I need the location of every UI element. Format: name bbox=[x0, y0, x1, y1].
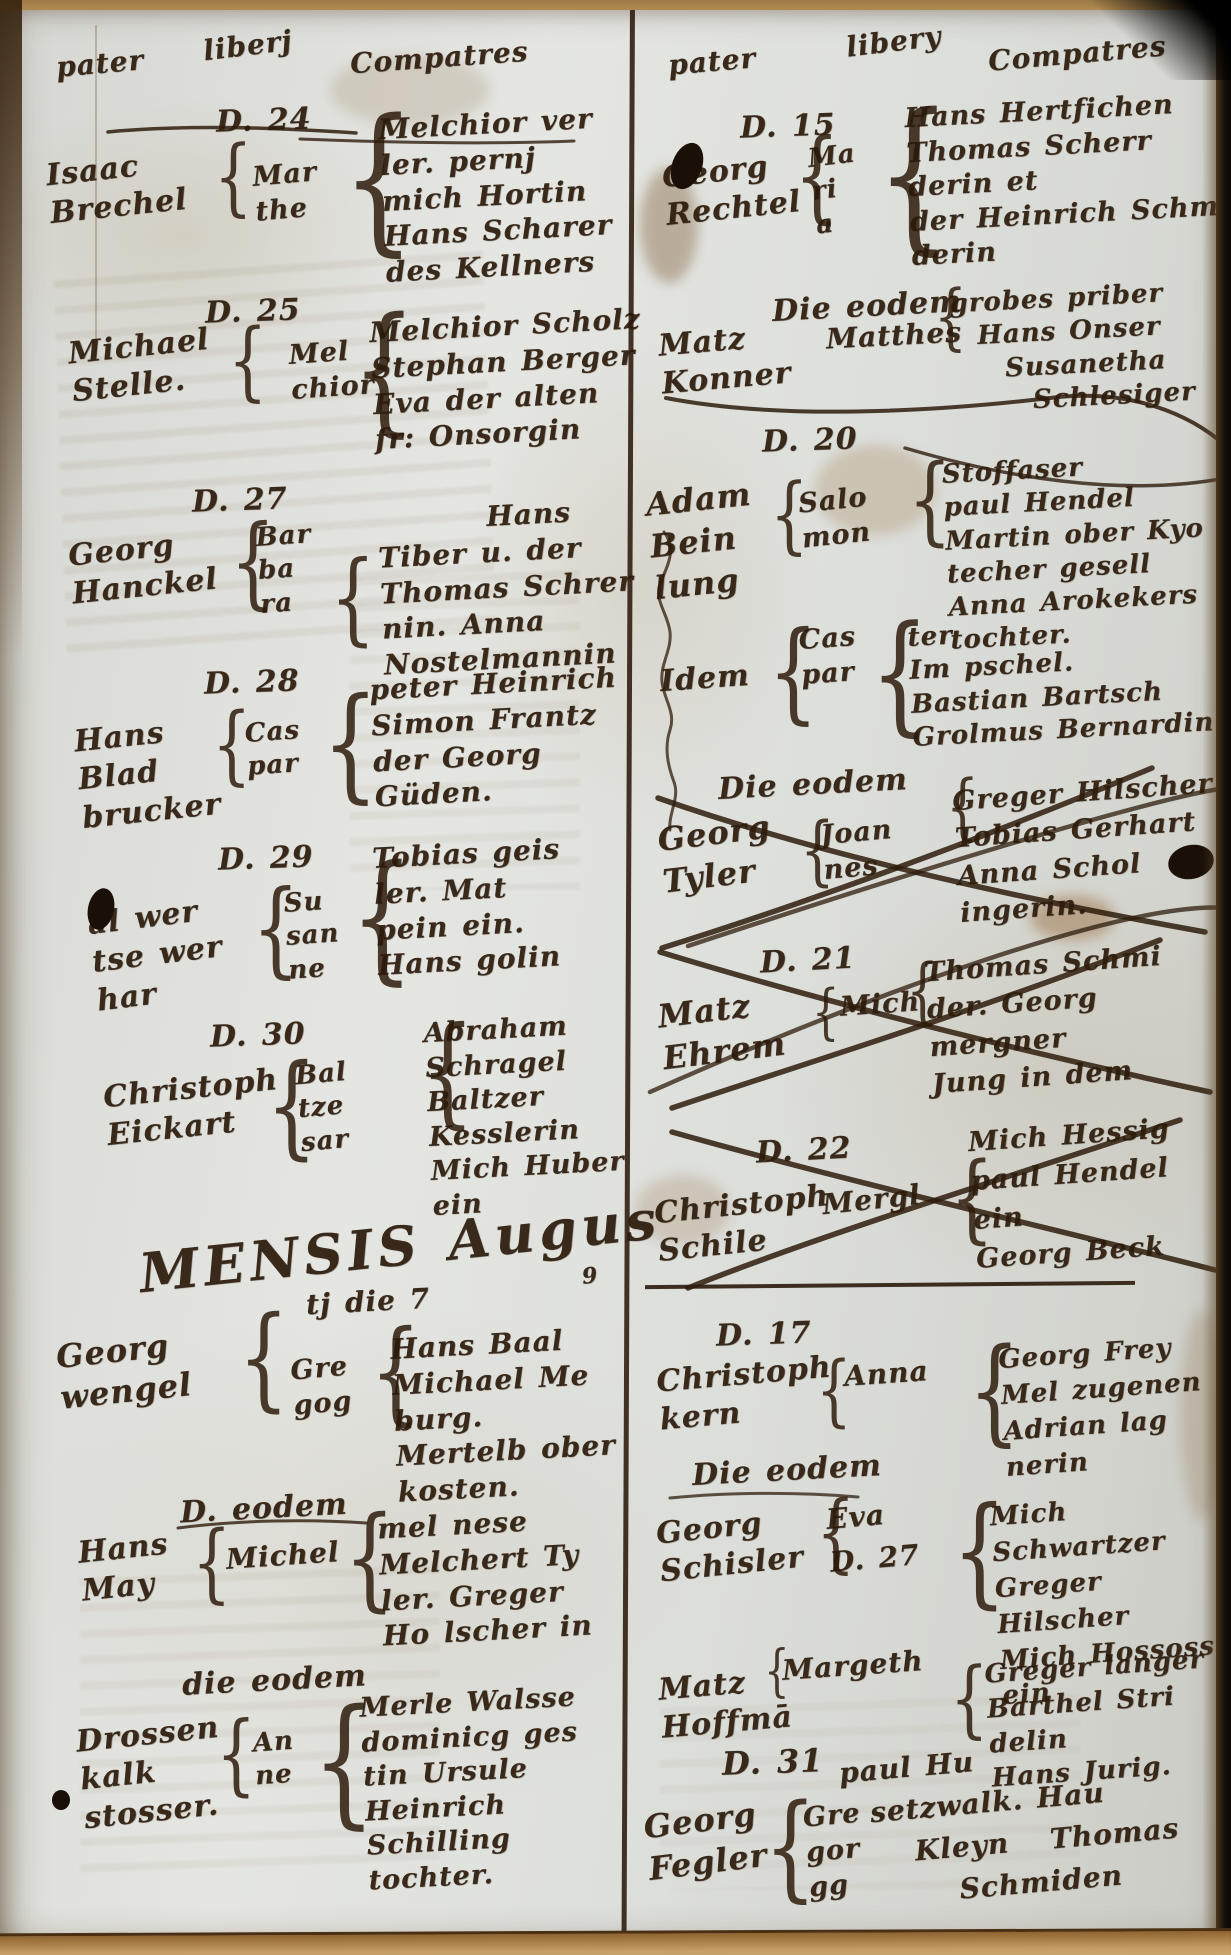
entry-date: D. 20 bbox=[761, 420, 858, 462]
entry-father: Georg wengel bbox=[54, 1323, 194, 1418]
brace: { bbox=[228, 318, 267, 404]
month-heading-mark: 9 bbox=[581, 1261, 600, 1291]
ink-blot bbox=[52, 1790, 70, 1810]
entry-father: Isaac Brechel bbox=[44, 143, 189, 234]
entry-child: Bar ba ra bbox=[255, 518, 317, 621]
entry-godparents: peter Heinrich Simon Frantz der Georg Gü… bbox=[368, 660, 623, 816]
brace: { bbox=[214, 134, 252, 218]
entry-godparents: grobes priber Hans Onser Susanetha Schle… bbox=[949, 276, 1197, 422]
entry-father: Matz Ehrem bbox=[655, 981, 788, 1080]
binding-edge-left bbox=[0, 0, 22, 660]
entry-child: Cas par bbox=[244, 714, 304, 784]
entry-father: Georg Hanckel bbox=[66, 523, 219, 615]
entry-date: D. 17 bbox=[715, 1314, 812, 1356]
entry-godparents: Hans Baal Michael Me burg. Mertelb ober … bbox=[389, 1320, 618, 1510]
entry-child: Salo mon bbox=[797, 481, 873, 557]
brace: { bbox=[216, 1710, 256, 1798]
entry-godparents: ter Im pschel. Bastian Bartsch Grolmus B… bbox=[907, 606, 1215, 755]
entry-godparents: Hans Hertfichen Thomas Scherr derin et d… bbox=[904, 86, 1222, 275]
entry-godparents: Tobias geis ler. Mat pein ein. Hans goli… bbox=[371, 831, 566, 984]
entry-father: Drossen kalk stosser. bbox=[74, 1709, 229, 1839]
entry-date: D. 31 bbox=[721, 1740, 824, 1784]
brace: { bbox=[238, 1302, 289, 1414]
entry-father: Christoph kern bbox=[655, 1349, 836, 1441]
entry-godparents: mel nese Melchert Ty ler. Greger Ho lsch… bbox=[376, 1501, 593, 1655]
entry-godparents: paul Hu setzwalk. Hau Kleyn Thomas Schmi… bbox=[837, 1724, 1184, 1920]
brace: { bbox=[330, 548, 376, 648]
entry-child: Su san ne bbox=[283, 884, 343, 987]
entry-child: Anna bbox=[843, 1353, 930, 1395]
entry-date: D. 22 bbox=[755, 1130, 852, 1173]
manuscript-photo: pater liberj Compatres pater libery Comp… bbox=[0, 0, 1231, 1955]
entry-father: Adam Bein lung bbox=[644, 473, 762, 610]
entry-father: Georg Fegler bbox=[641, 1793, 769, 1890]
entry-child: Eva D. 27 bbox=[824, 1490, 921, 1584]
entry-father: Matz Konner bbox=[657, 316, 793, 404]
page-edge-right bbox=[1202, 0, 1216, 1955]
entry-father: Idem bbox=[659, 657, 751, 702]
entry-child: Cas par bbox=[798, 620, 860, 693]
entry-child: Bal tze sar bbox=[294, 1056, 354, 1160]
entry-father: Georg Tyler bbox=[655, 805, 778, 903]
entry-godparents: Georg Frey Mel zugenen Adrian lag nerin bbox=[997, 1329, 1208, 1486]
binding-edge-bottom bbox=[0, 1928, 1231, 1955]
binding-edge-top bbox=[0, 0, 1231, 10]
entry-child: Gre gog bbox=[289, 1350, 354, 1424]
column-header-pater: pater bbox=[667, 40, 758, 83]
brace: { bbox=[950, 1656, 988, 1740]
entry-date: D. 21 bbox=[759, 940, 856, 983]
entry-child: Mar the bbox=[251, 155, 321, 229]
binding-edge-right bbox=[1216, 0, 1231, 1955]
entry-father: Michael Stelle. bbox=[66, 321, 215, 412]
entry-godparents: Merle Walsse dominicg ges tin Ursule Hei… bbox=[359, 1680, 586, 1898]
entry-father: Georg Schisler bbox=[654, 1501, 806, 1592]
entry-godparents: Hans Tiber u. der Thomas Schrer nin. Ann… bbox=[375, 491, 638, 683]
entry-godparents: Mich Hessig paul Hendel ein Georg Beck bbox=[967, 1109, 1179, 1279]
entry-father: Hans Blad brucker bbox=[72, 709, 223, 838]
entry-child: Joan nes bbox=[819, 813, 897, 888]
entry-father: Hans May bbox=[76, 1525, 174, 1611]
entry-godparents: Melchior ver ler. pernj mich Hortin Hans… bbox=[377, 100, 615, 291]
entry-godparents: Thomas Schmi der. Georg mergner Jung in … bbox=[923, 938, 1171, 1103]
entry-child: An ne bbox=[252, 1725, 298, 1794]
entry-godparents: Melchior Scholz Stephan Berger Eva der a… bbox=[368, 301, 647, 458]
column-header-pater: pater bbox=[55, 42, 146, 85]
binding-corner bbox=[1081, 0, 1231, 80]
brace: { bbox=[812, 982, 839, 1042]
